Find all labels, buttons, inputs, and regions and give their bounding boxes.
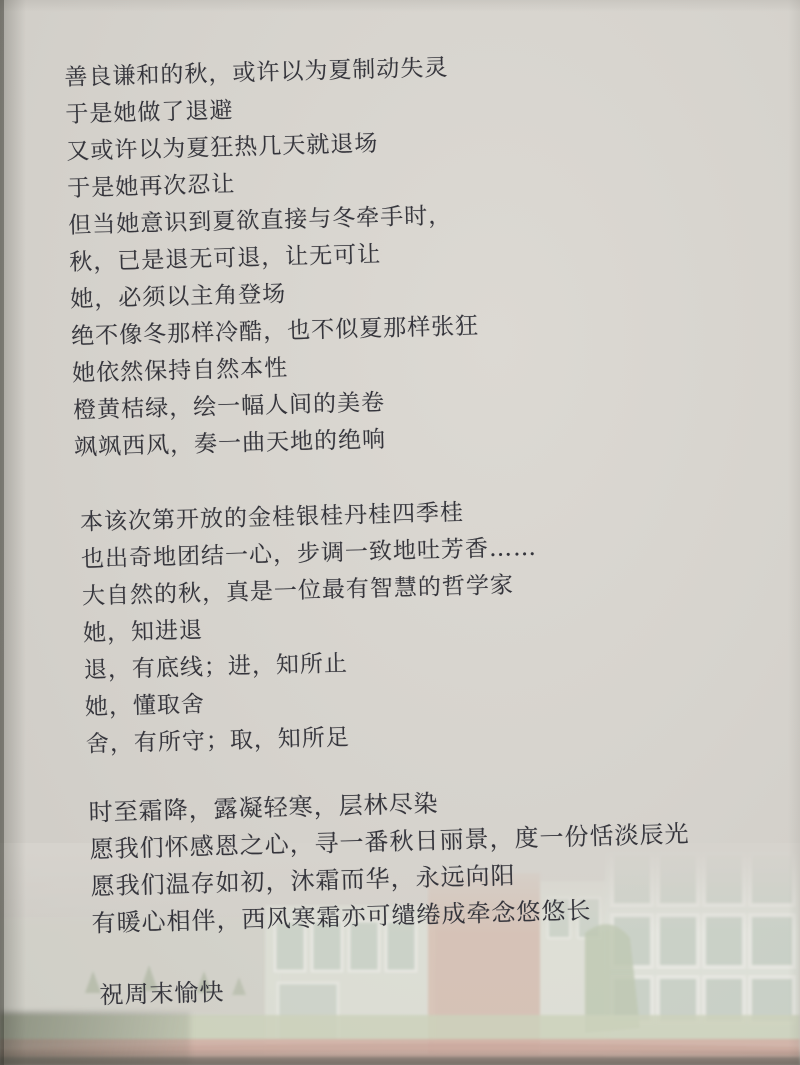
poem-stanza-2: 本该次第开放的金桂银桂丹桂四季桂 也出奇地团结一心，步调一致地吐芳香…… 大自然… [76, 487, 783, 764]
page-edge-right [788, 0, 800, 1065]
photographed-poem-page: 善良谦和的秋，或许以为夏制动失灵 于是她做了退避 又或许以为夏狂热几天就退场 于… [0, 0, 800, 1065]
page-gutter-edge [0, 0, 4, 1065]
page-edge-bottom [0, 1049, 800, 1065]
poem-stanza-1: 善良谦和的秋，或许以为夏制动失灵 于是她做了退避 又或许以为夏狂热几天就退场 于… [64, 42, 774, 467]
page-edge-top [0, 0, 800, 12]
poem-text: 善良谦和的秋，或许以为夏制动失灵 于是她做了退避 又或许以为夏狂热几天就退场 于… [64, 42, 789, 1015]
poem-stanza-3: 时至霜降，露凝轻寒，层林尽染 愿我们怀感恩之心，寻一番秋日丽景，度一份恬淡辰光 … [83, 776, 787, 942]
